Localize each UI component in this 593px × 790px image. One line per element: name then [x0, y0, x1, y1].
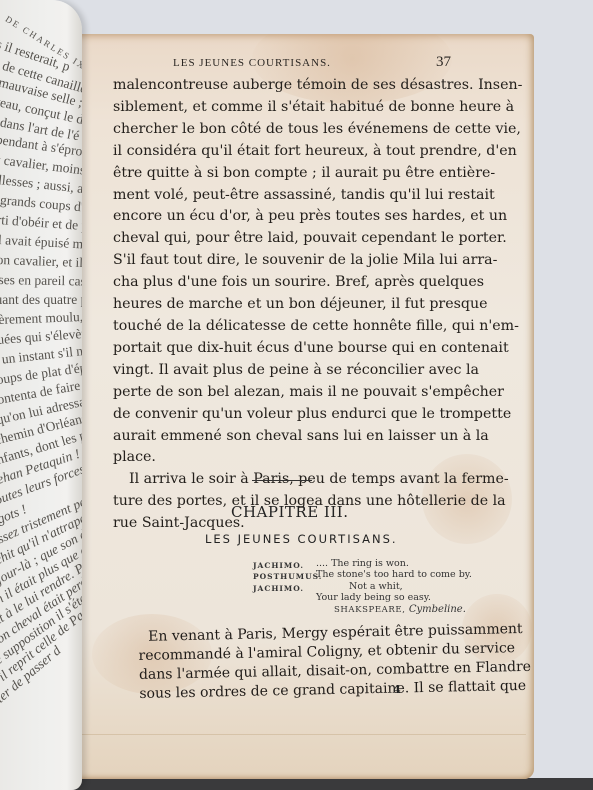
table-surface [60, 778, 593, 790]
text-line: ment volé, peut-être assassiné, tandis q… [113, 185, 451, 207]
text-line: cha plus d'une fois un sourire. Bref, ap… [113, 272, 451, 294]
text-line: malencontreuse auberge témoin de ses dés… [113, 75, 451, 97]
speaker: JACHIMO. [253, 583, 322, 594]
epigraph-line: Your lady being so easy. [316, 592, 472, 603]
epigraph-speakers: JACHIMO. POSTHUMUS. JACHIMO. [253, 560, 322, 594]
speaker: JACHIMO. [253, 560, 322, 571]
text-line: de convenir qu'un voleur plus endurci qu… [113, 404, 451, 426]
chapter-heading: CHAPITRE III. [231, 503, 348, 521]
left-page-text: DE CHARLES IX. s il resterait, p u de ce… [0, 10, 82, 710]
epigraph-lines: .... The ring is won. The stone's too ha… [316, 558, 472, 616]
text-line: vingt. Il avait plus de peine à se récon… [113, 360, 451, 382]
attribution-work: Cymbeline. [409, 604, 466, 615]
text-line: chercher le bon côté de tous les événeme… [113, 119, 451, 141]
epigraph-line: The stone's too hard to come by. [316, 569, 472, 580]
text-line: perte de son bel alezan, mais il ne pouv… [113, 382, 451, 404]
book-page-left-fragment: DE CHARLES IX. s il resterait, p u de ce… [0, 0, 82, 790]
text-line: encore un écu d'or, à peu près toutes se… [113, 206, 451, 228]
epigraph-line: .... The ring is won. [316, 558, 472, 569]
text-line: heures de marche et un bon déjeuner, il … [113, 294, 451, 316]
chapter-subtitle: LES JEUNES COURTISANS. [205, 532, 398, 546]
text-line: siblement, et comme il s'était habitué d… [113, 97, 451, 119]
epigraph-attribution: SHAKSPEARE, Cymbeline. [316, 604, 472, 616]
section-divider [252, 480, 312, 481]
text-line: touché de la délicatesse de cette honnêt… [113, 316, 451, 338]
text-line: rosses en pareil cas, l [0, 270, 82, 292]
text-line: portait que dix-huit écus d'une bourse q… [113, 338, 451, 360]
attribution-author: SHAKSPEARE, [334, 605, 406, 615]
epigraph-line: Not a whit, [316, 581, 472, 592]
running-head: LES JEUNES COURTISANS. 37 [113, 54, 463, 71]
running-head-title: LES JEUNES COURTISANS. [173, 57, 331, 69]
signature-mark: 4 [393, 683, 401, 696]
text-line: aurait emmené son cheval sans lui en lai… [113, 426, 451, 448]
text-line: place. [113, 447, 451, 469]
text-line: il considéra qu'il était fort heureux, à… [113, 141, 451, 163]
text-line: S'il faut tout dire, le souvenir de la j… [113, 250, 451, 272]
page-number: 37 [436, 54, 451, 71]
speaker: POSTHUMUS. [253, 571, 322, 582]
text-line: être quitte à si bon compte ; il aurait … [113, 163, 451, 185]
text-line: cheval qui, pour être laid, pouvait cepe… [113, 228, 451, 250]
body-text: malencontreuse auberge témoin de ses dés… [113, 75, 451, 535]
